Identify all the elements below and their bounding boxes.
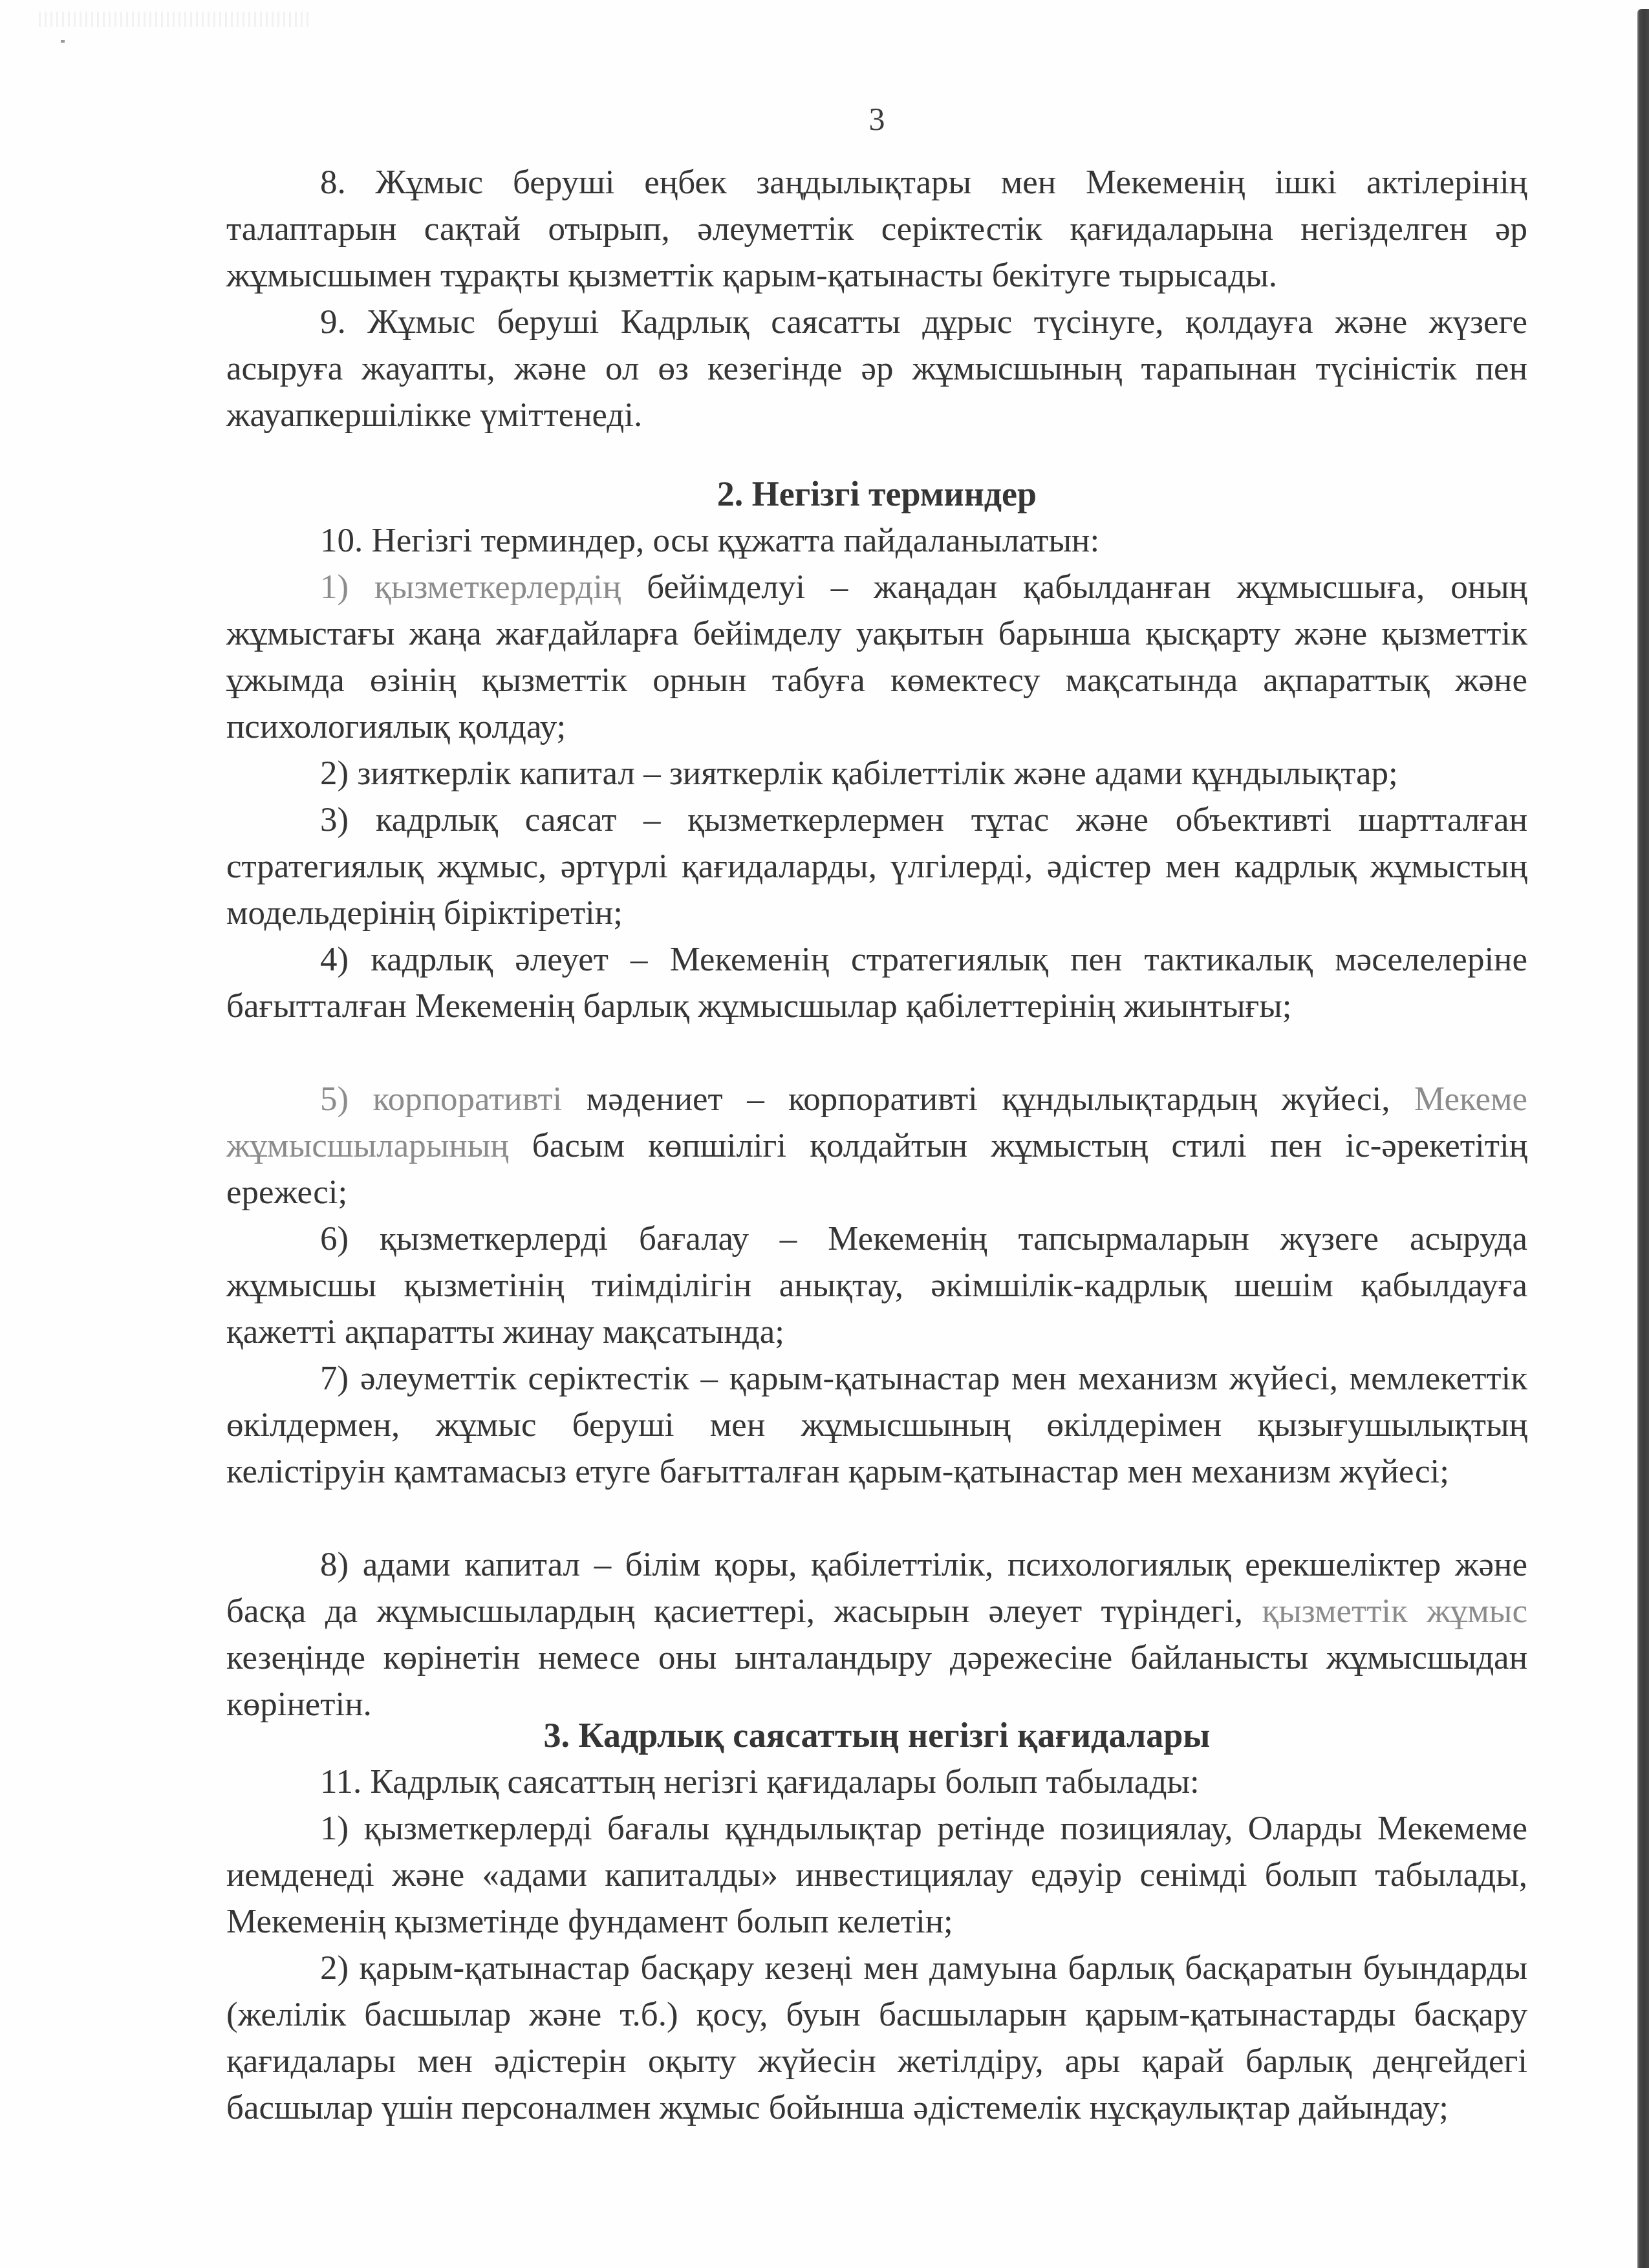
paragraph-8: 8. Жұмыс беруші еңбек заңдылықтары мен М… <box>226 159 1527 299</box>
paragraph-9: 9. Жұмыс беруші Кадрлық саясатты дұрыс т… <box>226 299 1527 438</box>
term-text-end: кезеңінде көрінетін немесе оны ынталанды… <box>226 1639 1527 1723</box>
faded-text: 1) қызметкерлердің <box>320 568 621 606</box>
term-3: 3) кадрлық саясат – қызметкерлермен тұта… <box>226 797 1527 936</box>
term-7: 7) әлеуметтік серіктестік – қарым-қатына… <box>226 1355 1527 1495</box>
term-4: 4) кадрлық әлеует – Мекеменің стратегиял… <box>226 936 1527 1029</box>
faded-text: қызметтік жұмыс <box>1262 1592 1527 1630</box>
term-1: 1) қызметкерлердің бейімделуі – жаңадан … <box>226 564 1527 750</box>
term-text: мәдениет – корпоративті құндылықтардың ж… <box>562 1080 1414 1118</box>
document-page: 3 8. Жұмыс беруші еңбек заңдылықтары мен… <box>0 0 1649 2268</box>
scan-edge-border <box>1637 9 1649 2268</box>
principle-1: 1) қызметкерлерді бағалы құндылықтар рет… <box>226 1805 1527 1945</box>
term-2: 2) зияткерлік капитал – зияткерлік қабіл… <box>226 750 1527 797</box>
paragraph-11: 11. Кадрлық саясаттың негізгі қағидалары… <box>226 1759 1527 1805</box>
term-6: 6) қызметкерлерді бағалау – Мекеменің та… <box>226 1215 1527 1355</box>
section-2-heading: 2. Негізгі терминдер <box>226 471 1527 517</box>
page-number: 3 <box>226 96 1527 142</box>
faded-text: 5) корпоративті <box>320 1080 562 1118</box>
term-8: 8) адами капитал – білім қоры, қабілетті… <box>226 1541 1527 1728</box>
section-3-heading: 3. Кадрлық саясаттың негізгі қағидалары <box>226 1712 1527 1759</box>
scan-artifact <box>39 12 310 27</box>
scan-artifact-dot <box>61 40 65 43</box>
term-5: 5) корпоративті мәдениет – корпоративті … <box>226 1076 1527 1215</box>
principle-2: 2) қарым-қатынастар басқару кезеңі мен д… <box>226 1945 1527 2131</box>
paragraph-10: 10. Негізгі терминдер, осы құжатта пайда… <box>226 517 1527 564</box>
